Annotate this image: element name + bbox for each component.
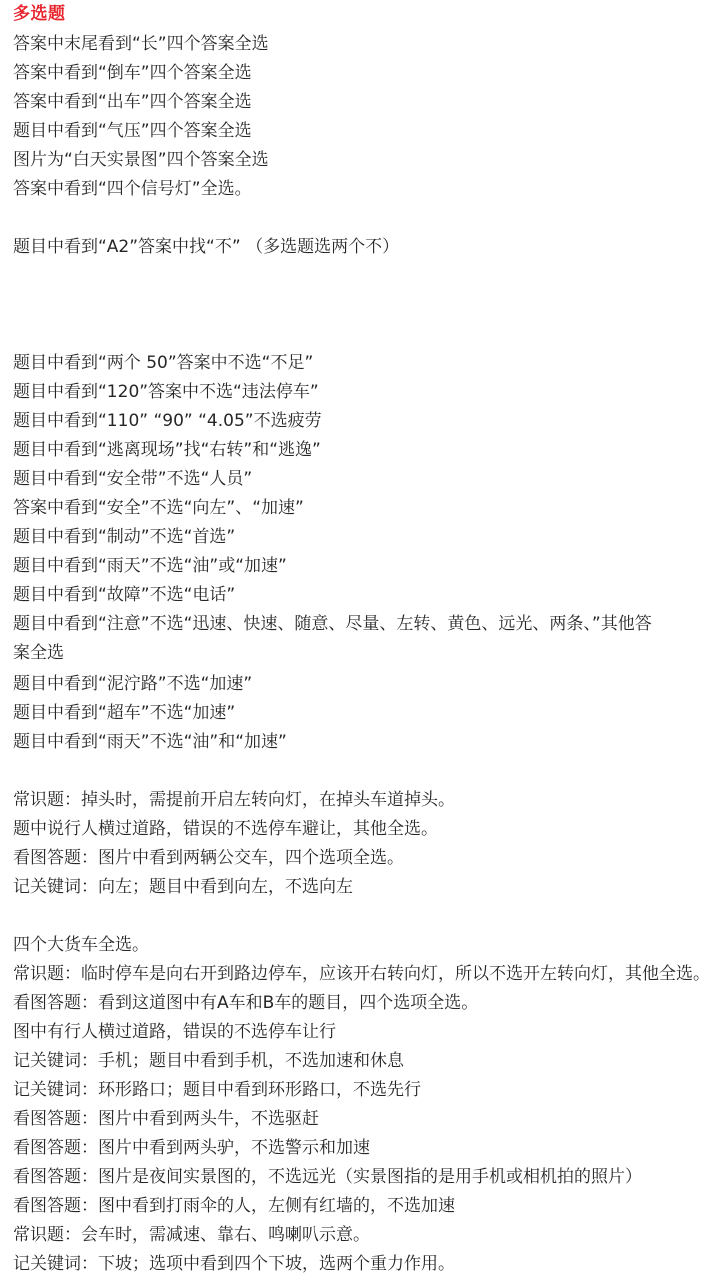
- rule-line: 看图答题：图片是夜间实景图的，不选远光（实景图指的是用手机或相机拍的照片）: [13, 1166, 642, 1188]
- rule-line: 看图答题：图片中看到两头牛，不选驱赶: [13, 1108, 319, 1130]
- rule-line: 常识题：掉头时，需提前开启左转向灯，在掉头车道掉头。: [13, 789, 455, 811]
- rule-line: 图片为“白天实景图”四个答案全选: [13, 149, 269, 171]
- rule-line: 题目中看到“两个 50”答案中不选“不足”: [13, 352, 313, 374]
- rule-line: 题目中看到“120”答案中不选“违法停车”: [13, 381, 319, 403]
- rule-line: 看图答题：看到这道图中有A车和B车的题目，四个选项全选。: [13, 992, 478, 1014]
- rule-line: 答案中看到“安全”不选“向左”、“加速”: [13, 497, 304, 519]
- rule-line: 题中说行人横过道路，错误的不选停车避让，其他全选。: [13, 818, 438, 840]
- rule-line: 答案中看到“倒车”四个答案全选: [13, 62, 252, 84]
- rule-line: 题目中看到“安全带”不选“人员”: [13, 468, 252, 490]
- rule-line: 看图答题：图片中看到两辆公交车，四个选项全选。: [13, 847, 404, 869]
- rule-line: 题目中看到“气压”四个答案全选: [13, 120, 252, 142]
- rule-line: 记关键词：下坡；选项中看到四个下坡，选两个重力作用。: [13, 1253, 455, 1275]
- rule-line: 四个大货车全选。: [13, 934, 149, 956]
- rule-line: 题目中看到“逃离现场”找“右转”和“逃逸”: [13, 439, 321, 461]
- rule-line: 记关键词：手机；题目中看到手机，不选加速和休息: [13, 1050, 404, 1072]
- rule-line: 记关键词：向左；题目中看到向左，不选向左: [13, 876, 353, 898]
- rule-line: 题目中看到“A2”答案中找“不” （多选题选两个不）: [13, 236, 399, 258]
- rule-line: 题目中看到“泥泞路”不选“加速”: [13, 673, 252, 695]
- rule-line: 答案中看到“出车”四个答案全选: [13, 91, 252, 113]
- rule-line: 常识题：临时停车是向右开到路边停车，应该开右转向灯，所以不选开左转向灯，其他全选…: [13, 963, 710, 985]
- rule-line: 题目中看到“注意”不选“迅速、快速、随意、尽量、左转、黄色、远光、两条、”其他答: [13, 613, 652, 635]
- document-page: 多选题 答案中末尾看到“长”四个答案全选 答案中看到“倒车”四个答案全选 答案中…: [0, 0, 720, 1283]
- rule-line: 常识题：会车时，需减速、靠右、鸣喇叭示意。: [13, 1224, 370, 1246]
- rule-line: 题目中看到“制动”不选“首选”: [13, 526, 235, 548]
- rule-line: 看图答题：图中看到打雨伞的人，左侧有红墙的，不选加速: [13, 1195, 455, 1217]
- rule-line: 图中有行人横过道路，错误的不选停车让行: [13, 1021, 336, 1043]
- rule-line: 答案中看到“四个信号灯”全选。: [13, 178, 252, 200]
- rule-line: 题目中看到“110” “90” “4.05”不选疲劳: [13, 410, 322, 432]
- rule-line: 题目中看到“雨天”不选“油”或“加速”: [13, 555, 287, 577]
- rule-line: 题目中看到“故障”不选“电话”: [13, 584, 235, 606]
- rule-line: 题目中看到“超车”不选“加速”: [13, 702, 235, 724]
- rule-line: 题目中看到“雨天”不选“油”和“加速”: [13, 731, 287, 753]
- rule-line: 答案中末尾看到“长”四个答案全选: [13, 33, 269, 55]
- rule-line-continuation: 案全选: [13, 642, 64, 664]
- rule-line: 记关键词：环形路口；题目中看到环形路口，不选先行: [13, 1079, 421, 1101]
- section-title: 多选题: [13, 3, 66, 25]
- rule-line: 看图答题：图片中看到两头驴，不选警示和加速: [13, 1137, 370, 1159]
